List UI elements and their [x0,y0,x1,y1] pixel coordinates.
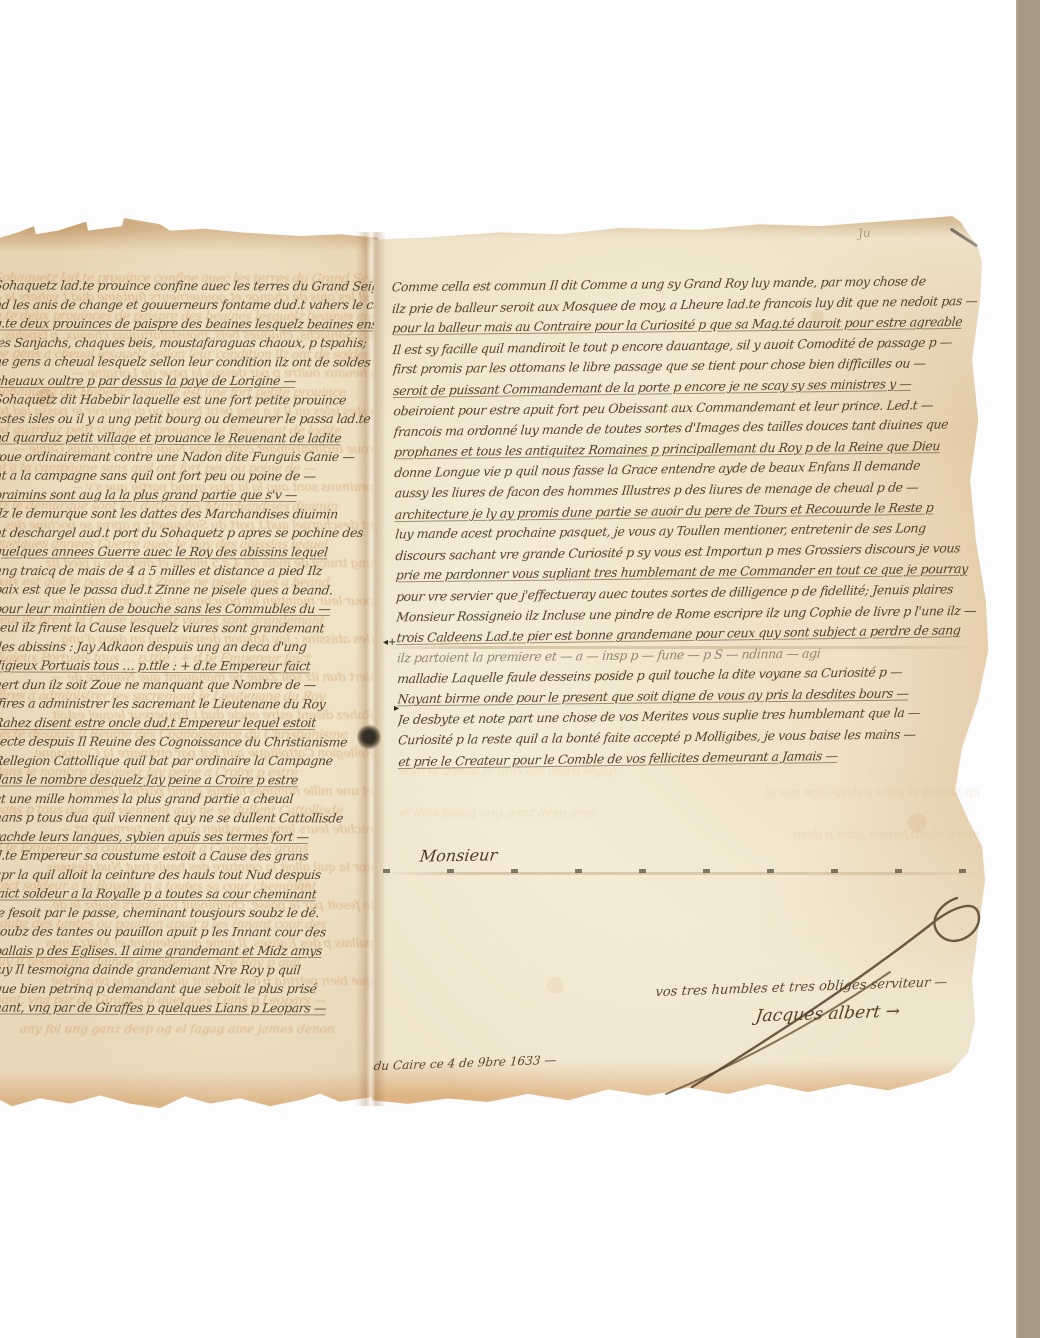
manuscript-line: Rahez disent estre oncle dud.t Empereur … [0,713,375,732]
manuscript-line: lligieux Portuais tous … p.ttle : + d.te… [0,656,375,676]
showthrough-line: morn elgap fannes ganz p desp [400,823,980,844]
manuscript-line: des abissins : Jay Adkaon despuis ung an… [0,637,375,656]
manuscript-line: hant, vng par de Giraffes p quelques Lia… [0,998,375,1018]
manuscript-line: soubz des tantes ou pauillon apuit p les… [0,922,375,942]
manuscript-line: Rellegion Cattollique quil bat par ordin… [0,751,375,770]
manuscript-line: praimins sont aug la la plus grand parti… [0,485,375,504]
manuscript-line: Sohaquetz dit Habebir laquelle est une f… [0,390,375,410]
right-page-text: Comme cella est commun Il dit Comme a un… [392,270,991,772]
manuscript-line: Sohaquetz lad.te prouince confine auec l… [0,276,375,296]
manuscript-line: apr la quil alloit la ceinture des hauls… [0,865,375,884]
manuscript-line: cheuaux oultre p par dessus la paye de L… [0,371,375,390]
salutation-monsieur: Monsieur [419,845,499,865]
manuscript-line: le fesoit par le passe, cheminant tousjo… [0,903,375,922]
manuscript-line: nt deschargel aud.t port du Sohaquetz p … [0,523,375,542]
manuscript-line: et une mille hommes la plus grand partie… [0,789,375,808]
left-page-ghost-tail: any fol ung ganz desp og el fagag aine j… [19,1022,335,1036]
showthrough-line: el dins fagag ung ganz desp aine [399,801,981,824]
manuscript-line: hans p tous dua quil viennent quy ne se … [0,808,375,828]
manuscript-line: nd les anis de change et gouuerneurs fon… [0,295,375,314]
manuscript-line: pour leur maintien de bouche sans les Co… [0,599,375,618]
manuscript-line: paix est que le passa dud.t Zinne ne pis… [0,580,375,600]
manuscript-line: luy Il tesmoigna dainde grandemant Nre R… [0,960,375,980]
manuscript-line: ung traicq de mais de 4 a 5 milles et di… [0,561,375,580]
manuscript-line: seul ilz firent la Cause lesquelz viures… [0,618,375,638]
manuscript-line: Ilz le demurque sont les dattes des Marc… [0,504,375,524]
manuscript-line: ffires a administrer les sacremant le Li… [0,694,375,714]
showthrough-line: ap fannes el ganz p desp aine morel [400,781,980,802]
crease-ink-dashes [383,869,983,873]
manuscript-line: secte despuis Il Reuine des Cognoissance… [0,732,375,752]
manuscript-line: que bien petrinq p demandant que seboit … [0,979,375,998]
manuscript-line: pallais p des Eglises. Il aime grandeman… [0,941,375,960]
margin-arrow-mark: ◂+ [383,638,396,648]
right-edge-tan-bar [1016,0,1040,1338]
manuscript-line: les Sanjachs, chaques beis, moustafaragu… [0,333,375,352]
manuscript-line: laict soldeur a la Royalle p a toutes sa… [0,884,375,904]
corner-inscription: Ju [857,225,871,240]
manuscript-line: nt a la campagne sans quil ont fort peu … [0,466,375,486]
manuscript-line: ne gens a cheual lesquelz sellon leur co… [0,352,375,372]
manuscript-line: d.te Empereur sa coustume estoit a Cause… [0,846,375,866]
margin-triangle-mark: ▸ [394,704,399,714]
manuscript-line: estes isles ou il y a ung petit bourg ou… [0,409,375,428]
manuscript-line: quelques annees Guerre auec le Roy des a… [0,542,375,562]
right-page-showthrough: som el ganap fe dins ald morn elgapap fa… [400,760,980,844]
manuscript-line: g.te deux prouinces de paispre des beain… [0,314,375,334]
manuscript-line: nd quarduz petit village et prouance le … [0,428,375,448]
manuscript-line: dans le nombre desquelz Jay peine a Croi… [0,770,375,790]
manuscript-photograph: Sohaquetz lad.te prouince confine auec l… [0,0,1040,1338]
left-page-text: Sohaquetz lad.te prouince confine auec l… [0,276,374,1017]
manuscript-line: rachde leurs langues, sybien apuis ses t… [0,827,375,846]
manuscript-line: uert dun ilz soit Zoue ne manquant que N… [0,675,375,694]
manuscript-line: roue ordinairemant contre une Nadon dite… [0,447,375,466]
